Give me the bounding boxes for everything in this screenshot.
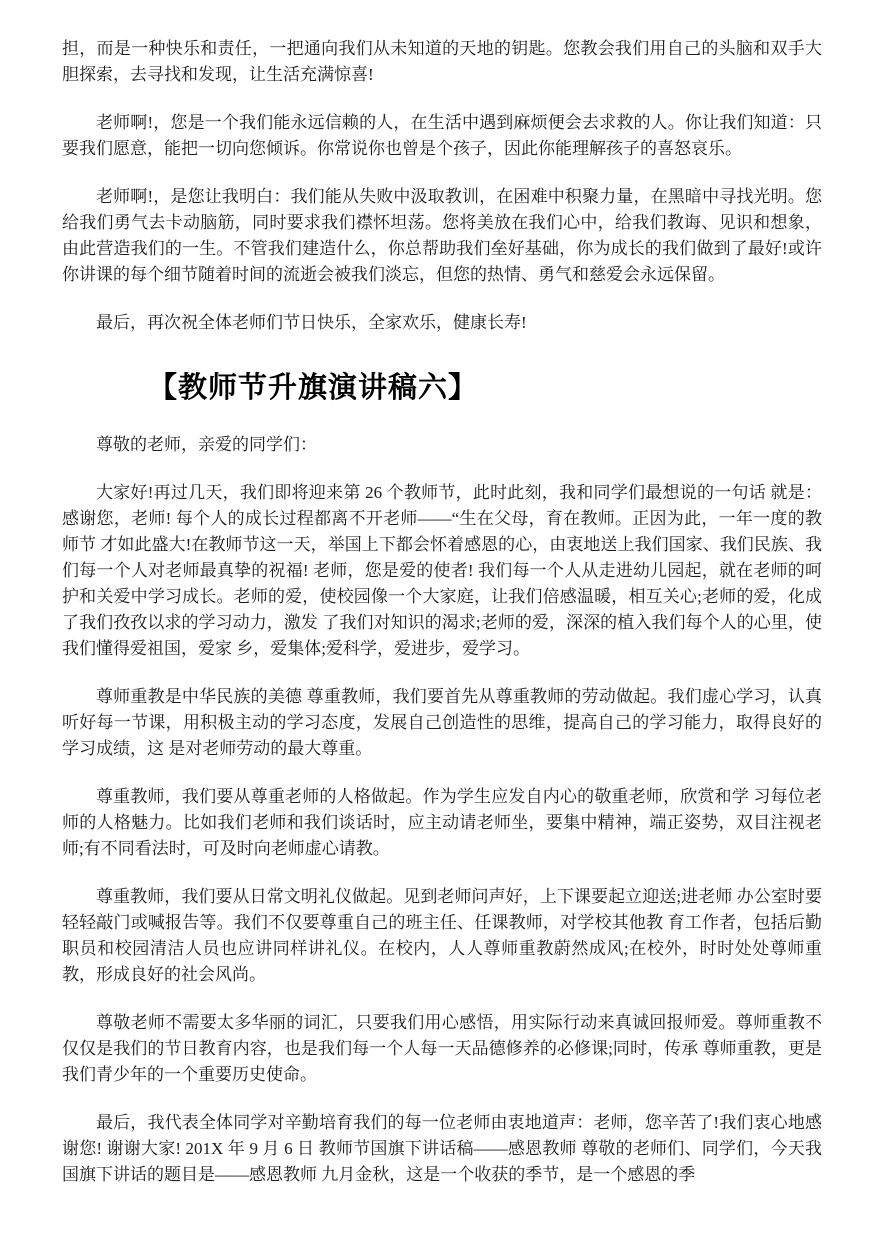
paragraph: 尊师重教是中华民族的美德 尊重教师，我们要首先从尊重教师的劳动做起。我们虚心学习… — [62, 684, 822, 762]
section-heading: 【教师节升旗演讲稿六】 — [148, 370, 822, 406]
paragraph: 老师啊!，是您让我明白：我们能从失败中汲取教训，在困难中积聚力量，在黑暗中寻找光… — [62, 184, 822, 288]
paragraph: 老师啊!，您是一个我们能永远信赖的人，在生活中遇到麻烦便会去求救的人。你让我们知… — [62, 110, 822, 162]
document-page: 担，而是一种快乐和责任，一把通向我们从未知道的天地的钥匙。您教会我们用自己的头脑… — [0, 0, 884, 1250]
paragraph: 担，而是一种快乐和责任，一把通向我们从未知道的天地的钥匙。您教会我们用自己的头脑… — [62, 36, 822, 88]
paragraph: 大家好!再过几天，我们即将迎来第 26 个教师节，此时此刻，我和同学们最想说的一… — [62, 480, 822, 662]
paragraph: 尊敬老师不需要太多华丽的词汇，只要我们用心感悟，用实际行动来真诚回报师爱。尊师重… — [62, 1010, 822, 1088]
paragraph: 尊重教师，我们要从尊重老师的人格做起。作为学生应发自内心的敬重老师，欣赏和学 习… — [62, 784, 822, 862]
salutation-line: 尊敬的老师，亲爱的同学们： — [62, 432, 822, 458]
paragraph: 最后，再次祝全体老师们节日快乐，全家欢乐，健康长寿! — [62, 310, 822, 336]
paragraph: 最后，我代表全体同学对辛勤培育我们的每一位老师由衷地道声：老师，您辛苦了!我们衷… — [62, 1110, 822, 1188]
paragraph: 尊重教师，我们要从日常文明礼仪做起。见到老师问声好，上下课要起立迎送;进老师 办… — [62, 884, 822, 988]
